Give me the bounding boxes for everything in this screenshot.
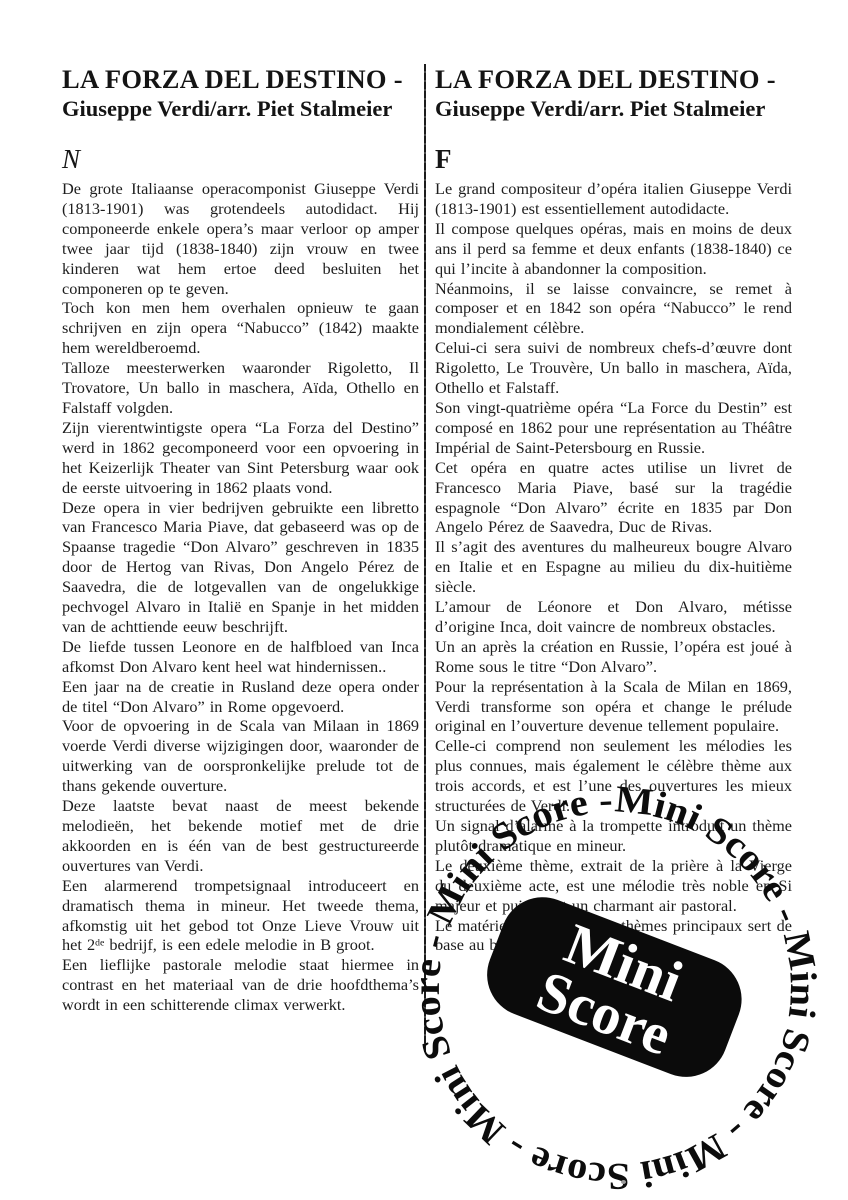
paragraph: Deze laatste bevat naast de meest bekend… [62,796,419,876]
paragraph: Celle-ci comprend non seulement les mélo… [435,736,792,816]
french-body-text: Le grand compositeur d’opéra italien Giu… [435,179,792,955]
paragraph: Il s’agit des aventures du malheureux bo… [435,537,792,597]
dutch-body-text: De grote Italiaanse operacomponist Giuse… [62,179,419,1015]
paragraph: Il compose quelques opéras, mais en moin… [435,219,792,279]
paragraph: L’amour de Léonore et Don Alvaro, métiss… [435,597,792,637]
title-line-1: LA FORZA DEL DESTINO - [62,64,419,95]
scanned-program-notes-page: LA FORZA DEL DESTINO - Giuseppe Verdi/ar… [0,0,848,1200]
paragraph: Néanmoins, il se laisse convaincre, se r… [435,279,792,339]
paragraph: Le grand compositeur d’opéra italien Giu… [435,179,792,219]
paragraph: De grote Italiaanse operacomponist Giuse… [62,179,419,298]
page-title: LA FORZA DEL DESTINO - Giuseppe Verdi/ar… [62,64,419,123]
title-line-2: Giuseppe Verdi/arr. Piet Stalmeier [62,95,419,123]
paragraph: Voor de opvoering in de Scala van Milaan… [62,716,419,796]
paragraph: Een jaar na de creatie in Rusland deze o… [62,677,419,717]
paragraph: Un an après la création en Russie, l’opé… [435,637,792,677]
paragraph: Een alarmerend trompetsignaal introducee… [62,876,419,956]
paragraph: Pour la représentation à la Scala de Mil… [435,677,792,737]
paragraph: Le matériel thématique des thèmes princi… [435,916,792,956]
paragraph: Celui-ci sera suivi de nombreux chefs-d’… [435,338,792,398]
column-french: LA FORZA DEL DESTINO - Giuseppe Verdi/ar… [435,64,792,955]
column-dutch: LA FORZA DEL DESTINO - Giuseppe Verdi/ar… [62,64,419,1015]
paragraph: Een lieflijke pastorale melodie staat hi… [62,955,419,1015]
paragraph: Zijn vierentwintigste opera “La Forza de… [62,418,419,498]
paragraph: Talloze meesterwerken waaronder Rigolett… [62,358,419,418]
paragraph: De liefde tussen Leonore en de halfbloed… [62,637,419,677]
paragraph: Deze opera in vier bedrijven gebruikte e… [62,498,419,637]
language-letter-n: N [62,144,419,175]
paragraph: Son vingt-quatrième opéra “La Force du D… [435,398,792,458]
title-line-2: Giuseppe Verdi/arr. Piet Stalmeier [435,95,792,123]
stamp-text-line-2: Score [529,958,681,1068]
column-divider-line [424,64,426,1052]
page-title: LA FORZA DEL DESTINO - Giuseppe Verdi/ar… [435,64,792,123]
paragraph: Un signal d’alarme à la trompette introd… [435,816,792,856]
language-letter-f: F [435,144,792,175]
paragraph: Le deuxième thème, extrait de la prière … [435,856,792,916]
title-line-1: LA FORZA DEL DESTINO - [435,64,792,95]
paragraph: Toch kon men hem overhalen opnieuw te ga… [62,298,419,358]
scan-speck [621,1180,626,1184]
paragraph: Cet opéra en quatre actes utilise un liv… [435,458,792,538]
